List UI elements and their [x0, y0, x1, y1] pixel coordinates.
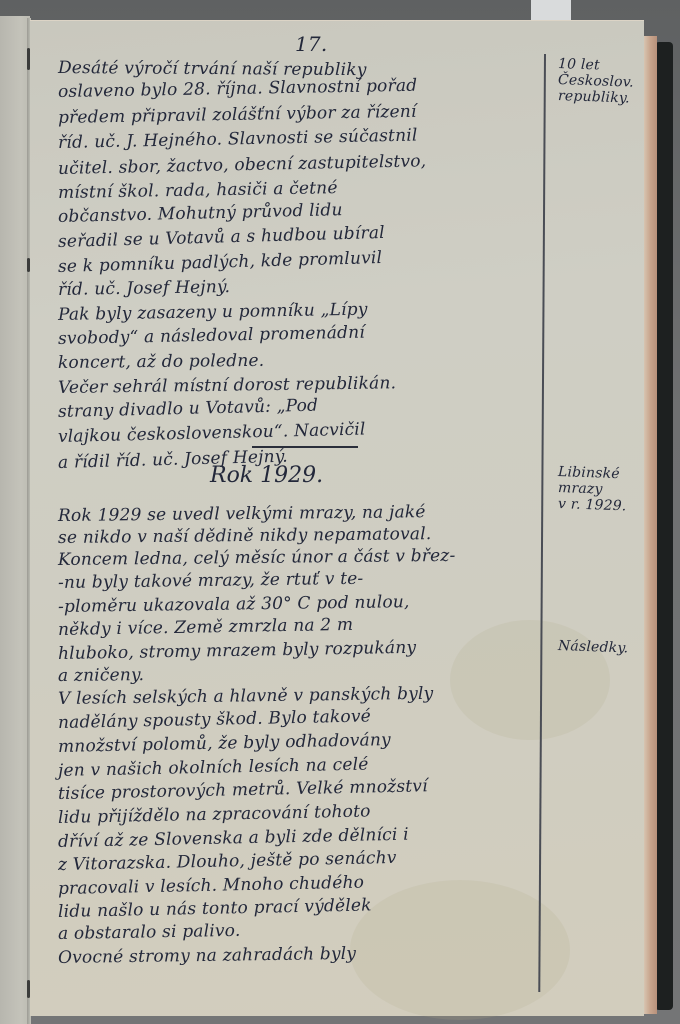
text-line: občanstvo. Mohutný průvod lidu: [58, 200, 343, 227]
text-line: a zničeny.: [58, 665, 144, 686]
text-line: V lesích selských a hlavně v panských by…: [58, 684, 434, 709]
scanner-white-strip: [531, 0, 571, 20]
text-line: Večer sehrál místní dorost republikán.: [58, 373, 396, 398]
page-number: 17.: [295, 32, 327, 56]
margin-note-line: republiky.: [558, 88, 643, 107]
text-line: Koncem ledna, celý měsíc únor a část v b…: [58, 546, 456, 570]
text-line: lidu našlo u nás tonto prací výdělek: [58, 895, 372, 922]
text-line: říd. uč. J. Hejného. Slavnosti se súčast…: [58, 125, 418, 153]
paper-stain: [350, 880, 570, 1020]
text-line: Pak byly zasazeny u pomníku „Lípy: [58, 300, 368, 325]
text-line: předem připravil zolášťní výbor za řízen…: [58, 102, 417, 128]
margin-note-anniversary: 10 let Českoslov. republiky.: [558, 56, 642, 104]
text-line: Ovocné stromy na zahradách byly: [58, 944, 356, 968]
text-line: lidu přijíždělo na zpracování tohoto: [58, 801, 371, 828]
margin-note-consequences: Následky.: [558, 638, 642, 654]
text-line: tisíce prostorových metrů. Velké množstv…: [58, 776, 428, 804]
text-line: seřadil se u Votavů a s hudbou ubíral: [58, 223, 385, 252]
text-line: strany divadlo u Votavů: „Pod: [58, 396, 319, 422]
margin-note-line: v r. 1929.: [558, 496, 643, 515]
margin-rule: [538, 54, 545, 992]
text-line: pracovali v lesích. Mnoho chudého: [58, 873, 365, 899]
section-divider: [252, 446, 358, 448]
text-line: jen v našich okolních lesích na celé: [58, 754, 369, 780]
text-line: se k pomníku padlých, kde promluvil: [58, 248, 383, 277]
text-line: nadělány spousty škod. Bylo takové: [58, 706, 371, 733]
text-line: učitel. sbor, žactvo, obecní zastupitels…: [58, 151, 427, 179]
text-line: svobody“ a následoval promenádní: [58, 323, 365, 349]
text-line: z Vitorazska. Dlouho, ještě po senáchv: [58, 848, 397, 875]
book-cover-edge: [655, 42, 673, 1010]
page-stack-edge: [643, 36, 657, 1014]
text-line: -nu byly takové mrazy, že rtuť v te-: [58, 569, 364, 593]
text-line: oslaveno bylo 28. října. Slavnostní pořa…: [58, 76, 418, 102]
text-line: místní škol. rada, hasiči a četné: [58, 178, 338, 203]
text-line: koncert, až do poledne.: [58, 351, 265, 373]
text-line: někdy i více. Země zmrzla na 2 m: [58, 615, 354, 640]
text-line: se nikdo v naší dědině nikdy nepamatoval…: [58, 524, 432, 548]
margin-note-frosts: Libinské mrazy v r. 1929.: [558, 464, 642, 512]
text-line: a obstaralo si palivo.: [58, 921, 241, 944]
text-line: Rok 1929 se uvedl velkými mrazy, na jaké: [58, 502, 426, 526]
margin-note-line: Následky.: [558, 638, 643, 657]
text-line: hluboko, stromy mrazem byly rozpukány: [58, 638, 417, 664]
text-line: množství polomů, že byly odhadovány: [58, 730, 391, 757]
text-line: -ploměru ukazovala až 30° C pod nulou,: [58, 592, 410, 617]
text-line: říd. uč. Josef Hejný.: [58, 277, 230, 300]
left-facing-page: [0, 16, 30, 1024]
text-line: vlajkou československou“. Nacvičil: [58, 419, 366, 447]
section-heading-1929: Rok 1929.: [210, 463, 323, 488]
chronicle-page: 17. Desáté výročí trvání naší republiky …: [30, 20, 644, 1016]
